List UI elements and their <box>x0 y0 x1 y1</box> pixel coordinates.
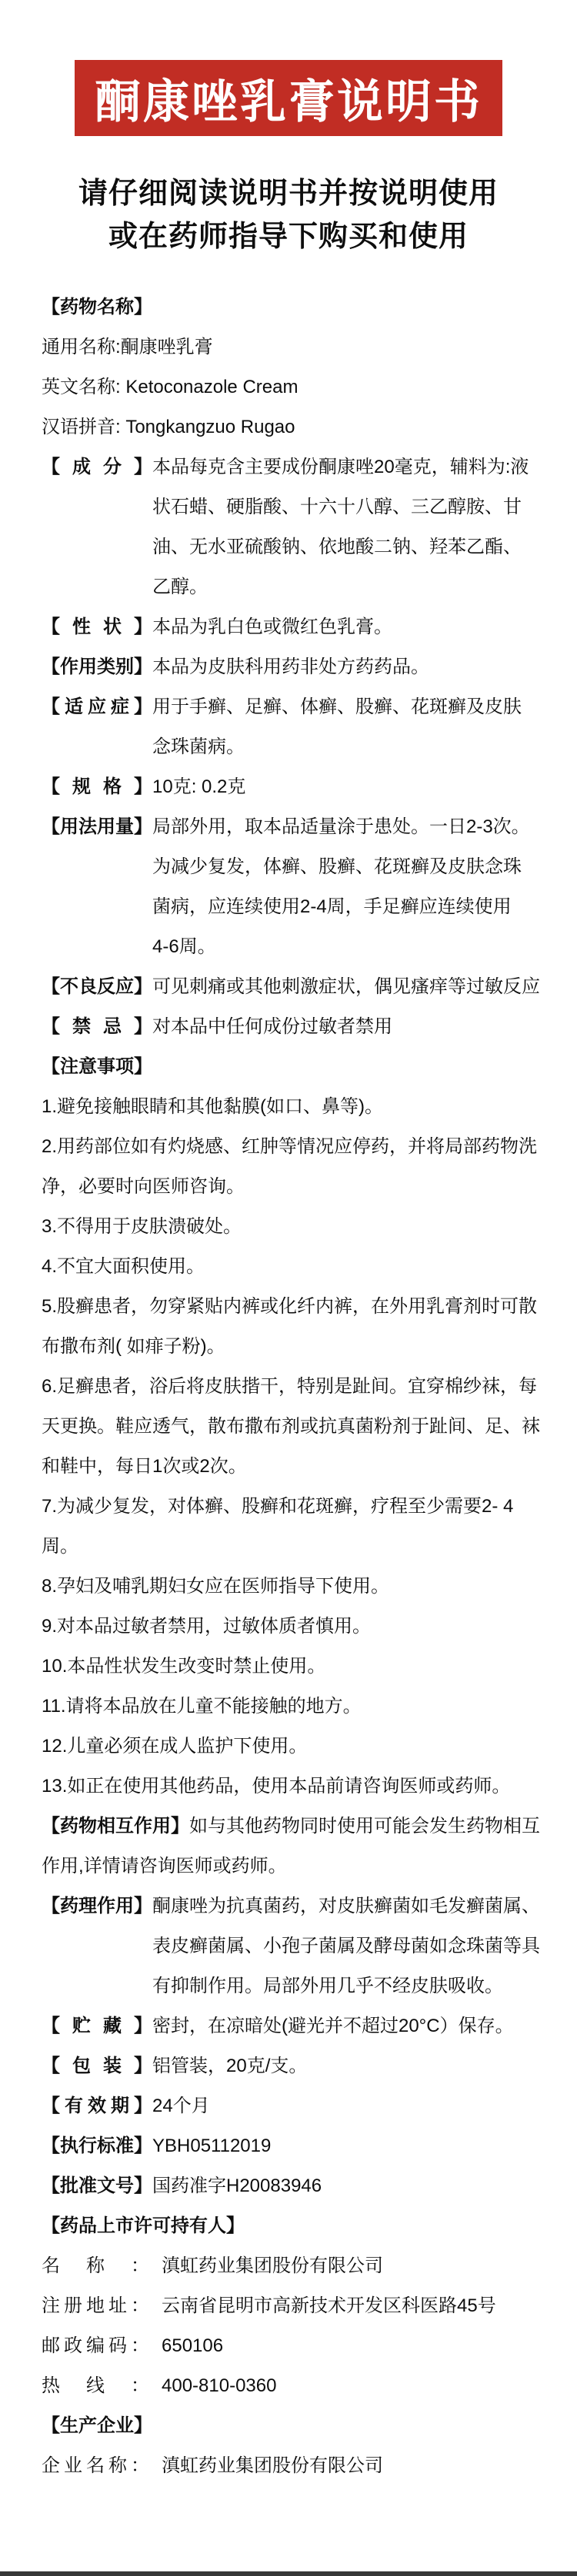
interactions-label: 【药物相互作用】 <box>42 1816 189 1836</box>
generic-name-line: 通用名称:酮康唑乳膏 <box>42 327 551 367</box>
category-label: 【作用类别】 <box>42 647 152 687</box>
composition-label: 【成分】 <box>42 447 152 487</box>
approval-number-label: 【批准文号】 <box>42 2166 152 2206</box>
pharmacology-text: 酮康唑为抗真菌药，对皮肤癣菌如毛发癣菌属、 表皮癣菌属、小孢子菌属及酵母菌如念珠… <box>152 1896 540 1996</box>
intro-line-1: 请仔细阅读说明书并按说明使用 <box>0 172 577 215</box>
holder-hotline-value: 400-810-0360 <box>162 2375 276 2396</box>
precaution-note-6: 6.足癣患者，浴后将皮肤揩干，特别是趾间。宜穿棉纱袜，每 天更换。鞋应透气，散布… <box>42 1367 551 1487</box>
precaution-note-11: 11.请将本品放在儿童不能接触的地方。 <box>42 1687 551 1727</box>
precaution-note-13: 13.如正在使用其他药品，使用本品前请咨询医师或药师。 <box>42 1767 551 1807</box>
section-pharmacology: 【药理作用】酮康唑为抗真菌药，对皮肤癣菌如毛发癣菌属、 表皮癣菌属、小孢子菌属及… <box>42 1886 551 2006</box>
section-appearance: 【性状】本品为乳白色或微红色乳膏。 <box>42 607 551 647</box>
title-banner: 酮康唑乳膏说明书 <box>75 60 502 136</box>
section-approval-number: 【批准文号】国药准字H20083946 <box>42 2166 551 2206</box>
holder-address-value: 云南省昆明市高新技术开发区科医路45号 <box>162 2295 496 2316</box>
precaution-note-1: 1.避免接触眼睛和其他黏膜(如口、鼻等)。 <box>42 1087 551 1127</box>
manufacturer-name-row: 企业名称：滇虹药业集团股份有限公司 <box>42 2446 551 2486</box>
validity-text: 24个月 <box>152 2096 210 2116</box>
holder-address-row: 注册地址：云南省昆明市高新技术开发区科医路45号 <box>42 2286 551 2326</box>
packaging-text: 铝管装，20克/支。 <box>152 2056 307 2076</box>
packaging-label: 【包装】 <box>42 2046 152 2086</box>
section-specification: 【规格】10克: 0.2克 <box>42 767 551 807</box>
precaution-note-3: 3.不得用于皮肤溃破处。 <box>42 1207 551 1247</box>
holder-name-row: 名称：滇虹药业集团股份有限公司 <box>42 2246 551 2286</box>
section-adverse-reactions: 【不良反应】可见刺痛或其他刺激症状，偶见瘙痒等过敏反应 <box>42 967 551 1007</box>
leaflet-body: 【药物名称】 通用名称:酮康唑乳膏 英文名称: Ketoconazole Cre… <box>0 288 577 2486</box>
approval-number-text: 国药准字H20083946 <box>152 2175 322 2196</box>
category-text: 本品为皮肤科用药非处方药药品。 <box>152 656 429 677</box>
holder-zip-row: 邮政编码：650106 <box>42 2326 551 2366</box>
section-composition: 【成分】本品每克含主要成份酮康唑20毫克，辅料为:液 状石蜡、硬脂酸、十六十八醇… <box>42 447 551 607</box>
appearance-text: 本品为乳白色或微红色乳膏。 <box>152 617 392 637</box>
pinyin-line: 汉语拼音: Tongkangzuo Rugao <box>42 407 551 447</box>
holder-name-value: 滇虹药业集团股份有限公司 <box>162 2255 383 2276</box>
standard-label: 【执行标准】 <box>42 2126 152 2166</box>
pharmacology-label: 【药理作用】 <box>42 1886 152 1926</box>
section-storage: 【贮藏】密封，在凉暗处(避光并不超过20°C）保存。 <box>42 2006 551 2046</box>
page-title: 酮康唑乳膏说明书 <box>95 65 482 131</box>
indications-label: 【适应症】 <box>42 687 152 727</box>
section-contraindications: 【禁忌】对本品中任何成份过敏者禁用 <box>42 1007 551 1047</box>
section-drug-name-header: 【药物名称】 <box>42 288 551 327</box>
section-indications: 【适应症】用于手癣、足癣、体癣、股癣、花斑癣及皮肤 念珠菌病。 <box>42 687 551 767</box>
section-standard: 【执行标准】YBH05112019 <box>42 2126 551 2166</box>
indications-text: 用于手癣、足癣、体癣、股癣、花斑癣及皮肤 念珠菌病。 <box>152 696 522 757</box>
holder-hotline-row: 热线：400-810-0360 <box>42 2366 551 2406</box>
precaution-note-2: 2.用药部位如有灼烧感、红肿等情况应停药，并将局部药物洗 净，必要时向医师咨询。 <box>42 1127 551 1207</box>
intro-warning: 请仔细阅读说明书并按说明使用 或在药师指导下购买和使用 <box>0 172 577 258</box>
standard-text: YBH05112019 <box>152 2136 271 2156</box>
section-packaging: 【包装】铝管装，20克/支。 <box>42 2046 551 2086</box>
section-holder-header: 【药品上市许可持有人】 <box>42 2206 551 2246</box>
appearance-label: 【性状】 <box>42 607 152 647</box>
precaution-note-5: 5.股癣患者，勿穿紧贴内裤或化纤内裤，在外用乳膏剂时可散 布撒布剂( 如痱子粉)… <box>42 1287 551 1367</box>
composition-text: 本品每克含主要成份酮康唑20毫克，辅料为:液 状石蜡、硬脂酸、十六十八醇、三乙醇… <box>152 457 529 597</box>
storage-text: 密封，在凉暗处(避光并不超过20°C）保存。 <box>152 2016 514 2036</box>
manufacturer-name-label: 企业名称： <box>42 2446 149 2486</box>
storage-label: 【贮藏】 <box>42 2006 152 2046</box>
holder-zip-value: 650106 <box>162 2335 223 2356</box>
dosage-label: 【用法用量】 <box>42 807 152 847</box>
section-manufacturer-header: 【生产企业】 <box>42 2406 551 2446</box>
precaution-note-10: 10.本品性状发生改变时禁止使用。 <box>42 1647 551 1687</box>
precaution-note-4: 4.不宜大面积使用。 <box>42 1247 551 1287</box>
specification-label: 【规格】 <box>42 767 152 807</box>
specification-text: 10克: 0.2克 <box>152 776 245 797</box>
precaution-note-12: 12.儿童必须在成人监护下使用。 <box>42 1727 551 1767</box>
bottom-border-bar <box>0 2571 577 2576</box>
holder-zip-label: 邮政编码： <box>42 2326 149 2366</box>
validity-label: 【有效期】 <box>42 2086 152 2126</box>
contraindications-label: 【禁忌】 <box>42 1007 152 1047</box>
holder-hotline-label: 热线： <box>42 2366 149 2406</box>
dosage-text: 局部外用，取本品适量涂于患处。一日2-3次。 为减少复发，体癣、股癣、花斑癣及皮… <box>152 816 530 957</box>
section-interactions: 【药物相互作用】如与其他药物同时使用可能会发生药物相互 作用,详情请咨询医师或药… <box>42 1807 551 1886</box>
adverse-reactions-text: 可见刺痛或其他刺激症状，偶见瘙痒等过敏反应 <box>152 976 540 997</box>
english-name-line: 英文名称: Ketoconazole Cream <box>42 367 551 407</box>
section-category: 【作用类别】本品为皮肤科用药非处方药药品。 <box>42 647 551 687</box>
section-dosage: 【用法用量】局部外用，取本品适量涂于患处。一日2-3次。 为减少复发，体癣、股癣… <box>42 807 551 967</box>
section-validity: 【有效期】24个月 <box>42 2086 551 2126</box>
contraindications-text: 对本品中任何成份过敏者禁用 <box>152 1016 392 1037</box>
intro-line-2: 或在药师指导下购买和使用 <box>0 215 577 258</box>
manufacturer-name-value: 滇虹药业集团股份有限公司 <box>162 2455 383 2476</box>
holder-name-label: 名称： <box>42 2246 149 2286</box>
precaution-note-9: 9.对本品过敏者禁用，过敏体质者慎用。 <box>42 1607 551 1647</box>
section-precautions-header: 【注意事项】 <box>42 1047 551 1087</box>
holder-address-label: 注册地址： <box>42 2286 149 2326</box>
precaution-note-7: 7.为减少复发，对体癣、股癣和花斑癣，疗程至少需要2- 4 周。 <box>42 1487 551 1567</box>
precaution-note-8: 8.孕妇及哺乳期妇女应在医师指导下使用。 <box>42 1567 551 1607</box>
leaflet-page: 酮康唑乳膏说明书 请仔细阅读说明书并按说明使用 或在药师指导下购买和使用 【药物… <box>0 0 577 2576</box>
adverse-reactions-label: 【不良反应】 <box>42 967 152 1007</box>
